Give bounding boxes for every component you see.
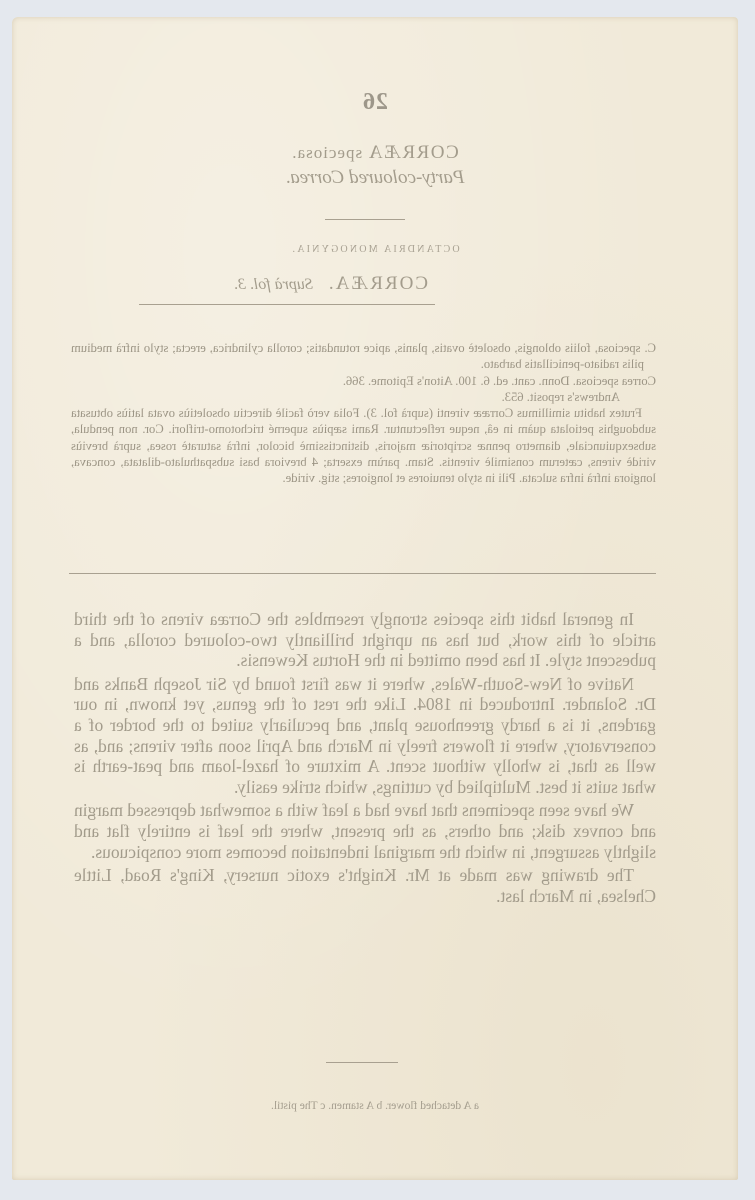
latin-synonym: Correa speciosa. Donn. cant. ed. 6. 100.…: [71, 373, 656, 389]
plate-footnote: a A detached flower. b A stamen. c The p…: [12, 1100, 738, 1112]
section-divider: [139, 304, 435, 305]
body-paragraph: We have seen specimens that have had a l…: [74, 800, 656, 862]
long-divider: [69, 573, 656, 574]
genus-heading-line: CORRÆA.Suprà fol. 3.: [234, 273, 428, 295]
species-title: CORRÆA speciosa.: [12, 142, 738, 164]
paper-page: 26 CORRÆA speciosa. Party-coloured Corre…: [12, 17, 738, 1180]
mirrored-bleed-through-text: 26 CORRÆA speciosa. Party-coloured Corre…: [12, 17, 738, 1180]
body-text: In general habit this species strongly r…: [74, 609, 656, 909]
linnaean-class: OCTANDRIA MONOGYNIA.: [12, 244, 738, 255]
genus-heading: CORRÆA.: [327, 273, 428, 294]
body-paragraph: Native of New-South-Wales, where it was …: [74, 674, 656, 798]
end-divider: [326, 1062, 398, 1063]
title-genus: CORRÆA: [368, 142, 458, 163]
latin-description-block: C. speciosa, foliis oblongis, obsoletè o…: [71, 340, 656, 487]
body-paragraph: In general habit this species strongly r…: [74, 609, 656, 671]
latin-description: Frutex habitu simillimus Corrææ virenti …: [71, 405, 656, 486]
latin-synonym-cont: Andrews's reposit. 653.: [71, 389, 656, 405]
title-species: speciosa.: [291, 143, 362, 162]
short-divider: [325, 219, 405, 220]
common-name-subtitle: Party-coloured Correa.: [12, 167, 738, 189]
body-paragraph: The drawing was made at Mr. Knight's exo…: [74, 865, 656, 906]
genus-reference: Suprà fol. 3.: [234, 276, 313, 293]
latin-diagnosis: C. speciosa, foliis oblongis, obsoletè o…: [71, 340, 656, 373]
page-number: 26: [12, 89, 738, 116]
